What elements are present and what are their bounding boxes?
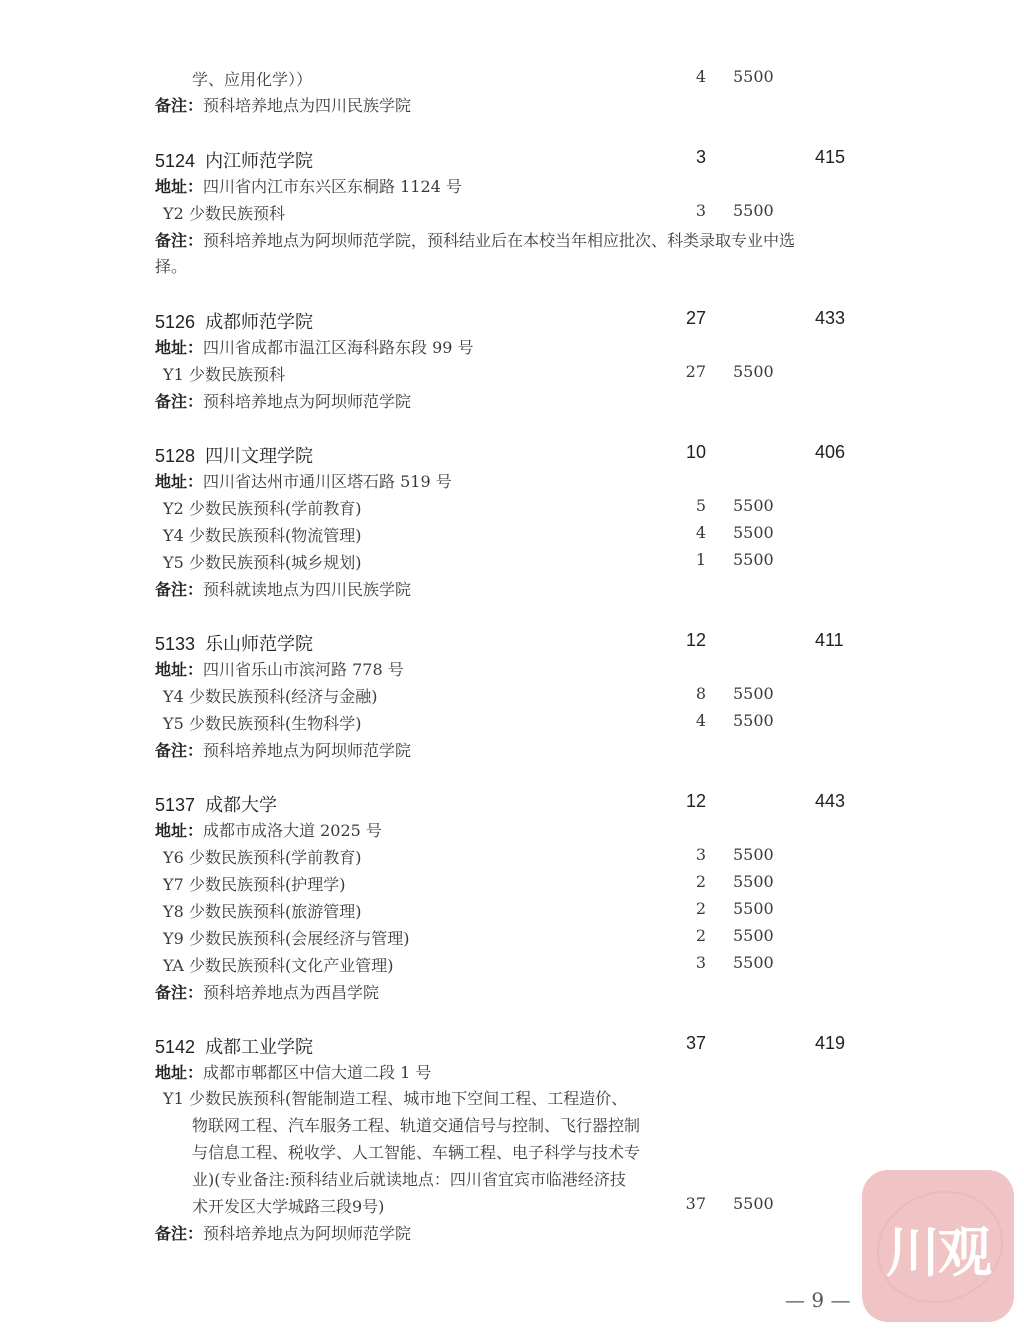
program-count: 4: [676, 711, 706, 730]
remark: 备注：预科培养地点为四川民族学院: [155, 93, 411, 116]
remark: 备注：预科培养地点为阿坝师范学院: [155, 389, 411, 412]
school-address: 地址：成都市郫都区中信大道二段 1 号: [155, 1060, 431, 1083]
document-page: 学、应用化学）） 4 5500 备注：预科培养地点为四川民族学院 5124 内江…: [0, 0, 1024, 1333]
program-row-continuation: 业)(专业备注:预科结业后就读地点：四川省宜宾市临港经济技: [192, 1167, 626, 1190]
school-heading: 5142 成都工业学院: [155, 1033, 313, 1059]
program-count: 3: [676, 201, 706, 220]
program-row: Y4少数民族预科(物流管理): [163, 523, 362, 546]
program-count: 27: [676, 362, 706, 381]
program-count: 2: [676, 899, 706, 918]
program-row: Y2少数民族预科(学前教育): [163, 496, 362, 519]
school-heading: 5128 四川文理学院: [155, 442, 313, 468]
remark-continuation: 择。: [155, 254, 187, 277]
school-score: 419: [815, 1033, 845, 1054]
school-count: 27: [676, 308, 706, 329]
remark: 备注：预科培养地点为阿坝师范学院: [155, 1221, 411, 1244]
school-count: 37: [676, 1033, 706, 1054]
program-count: 3: [676, 953, 706, 972]
school-score: 443: [815, 791, 845, 812]
program-count: 1: [676, 550, 706, 569]
program-row: Y6少数民族预科(学前教育): [163, 845, 362, 868]
program-count: 37: [676, 1194, 706, 1213]
program-tuition: 5500: [733, 711, 774, 730]
program-continuation: 学、应用化学））: [192, 67, 312, 90]
program-tuition: 5500: [733, 362, 774, 381]
program-count: 4: [676, 523, 706, 542]
program-tuition: 5500: [733, 872, 774, 891]
program-tuition: 5500: [733, 845, 774, 864]
school-count: 12: [676, 630, 706, 651]
program-tuition: 5500: [733, 1194, 774, 1213]
program-row: YA少数民族预科(文化产业管理): [163, 953, 394, 976]
watermark-logo: 川观: [862, 1170, 1014, 1322]
program-row: Y1少数民族预科: [163, 362, 285, 385]
school-score: 433: [815, 308, 845, 329]
program-count: 2: [676, 926, 706, 945]
school-heading: 5126 成都师范学院: [155, 308, 313, 334]
program-tuition: 5500: [733, 67, 774, 86]
program-row: Y5少数民族预科(生物科学): [163, 711, 362, 734]
program-row: Y7少数民族预科(护理学): [163, 872, 346, 895]
program-tuition: 5500: [733, 523, 774, 542]
remark: 备注：预科培养地点为西昌学院: [155, 980, 379, 1003]
program-count: 4: [676, 67, 706, 86]
program-tuition: 5500: [733, 899, 774, 918]
program-tuition: 5500: [733, 496, 774, 515]
program-count: 5: [676, 496, 706, 515]
program-tuition: 5500: [733, 201, 774, 220]
school-heading: 5124 内江师范学院: [155, 147, 313, 173]
school-score: 415: [815, 147, 845, 168]
program-tuition: 5500: [733, 953, 774, 972]
program-row: Y5少数民族预科(城乡规划): [163, 550, 362, 573]
program-tuition: 5500: [733, 926, 774, 945]
school-address: 地址：四川省成都市温江区海科路东段 99 号: [155, 335, 474, 358]
program-row: Y9少数民族预科(会展经济与管理): [163, 926, 410, 949]
school-score: 411: [815, 630, 844, 651]
program-row-continuation: 术开发区大学城路三段9号): [192, 1194, 384, 1217]
program-row: Y1少数民族预科(智能制造工程、城市地下空间工程、工程造价、: [163, 1086, 627, 1109]
program-row: Y2少数民族预科: [163, 201, 285, 224]
program-row-continuation: 与信息工程、税收学、人工智能、车辆工程、电子科学与技术专: [192, 1140, 640, 1163]
school-score: 406: [815, 442, 845, 463]
program-row: Y8少数民族预科(旅游管理): [163, 899, 362, 922]
school-heading: 5133 乐山师范学院: [155, 630, 313, 656]
remark: 备注：预科培养地点为阿坝师范学院: [155, 738, 411, 761]
school-address: 地址：成都市成洛大道 2025 号: [155, 818, 382, 841]
school-heading: 5137 成都大学: [155, 791, 277, 817]
school-address: 地址：四川省乐山市滨河路 778 号: [155, 657, 404, 680]
program-tuition: 5500: [733, 550, 774, 569]
program-row-continuation: 物联网工程、汽车服务工程、轨道交通信号与控制、飞行器控制: [192, 1113, 640, 1136]
school-address: 地址：四川省内江市东兴区东桐路 1124 号: [155, 174, 462, 197]
school-count: 12: [676, 791, 706, 812]
program-row: Y4少数民族预科(经济与金融): [163, 684, 378, 707]
program-count: 2: [676, 872, 706, 891]
program-count: 3: [676, 845, 706, 864]
school-address: 地址：四川省达州市通川区塔石路 519 号: [155, 469, 452, 492]
program-count: 8: [676, 684, 706, 703]
school-count: 3: [676, 147, 706, 168]
program-tuition: 5500: [733, 684, 774, 703]
page-number: — 9 —: [785, 1288, 850, 1312]
watermark-text: 川观: [862, 1210, 1014, 1287]
remark: 备注：预科培养地点为阿坝师范学院，预科结业后在本校当年相应批次、科类录取专业中选: [155, 228, 795, 251]
remark: 备注：预科就读地点为四川民族学院: [155, 577, 411, 600]
school-count: 10: [676, 442, 706, 463]
